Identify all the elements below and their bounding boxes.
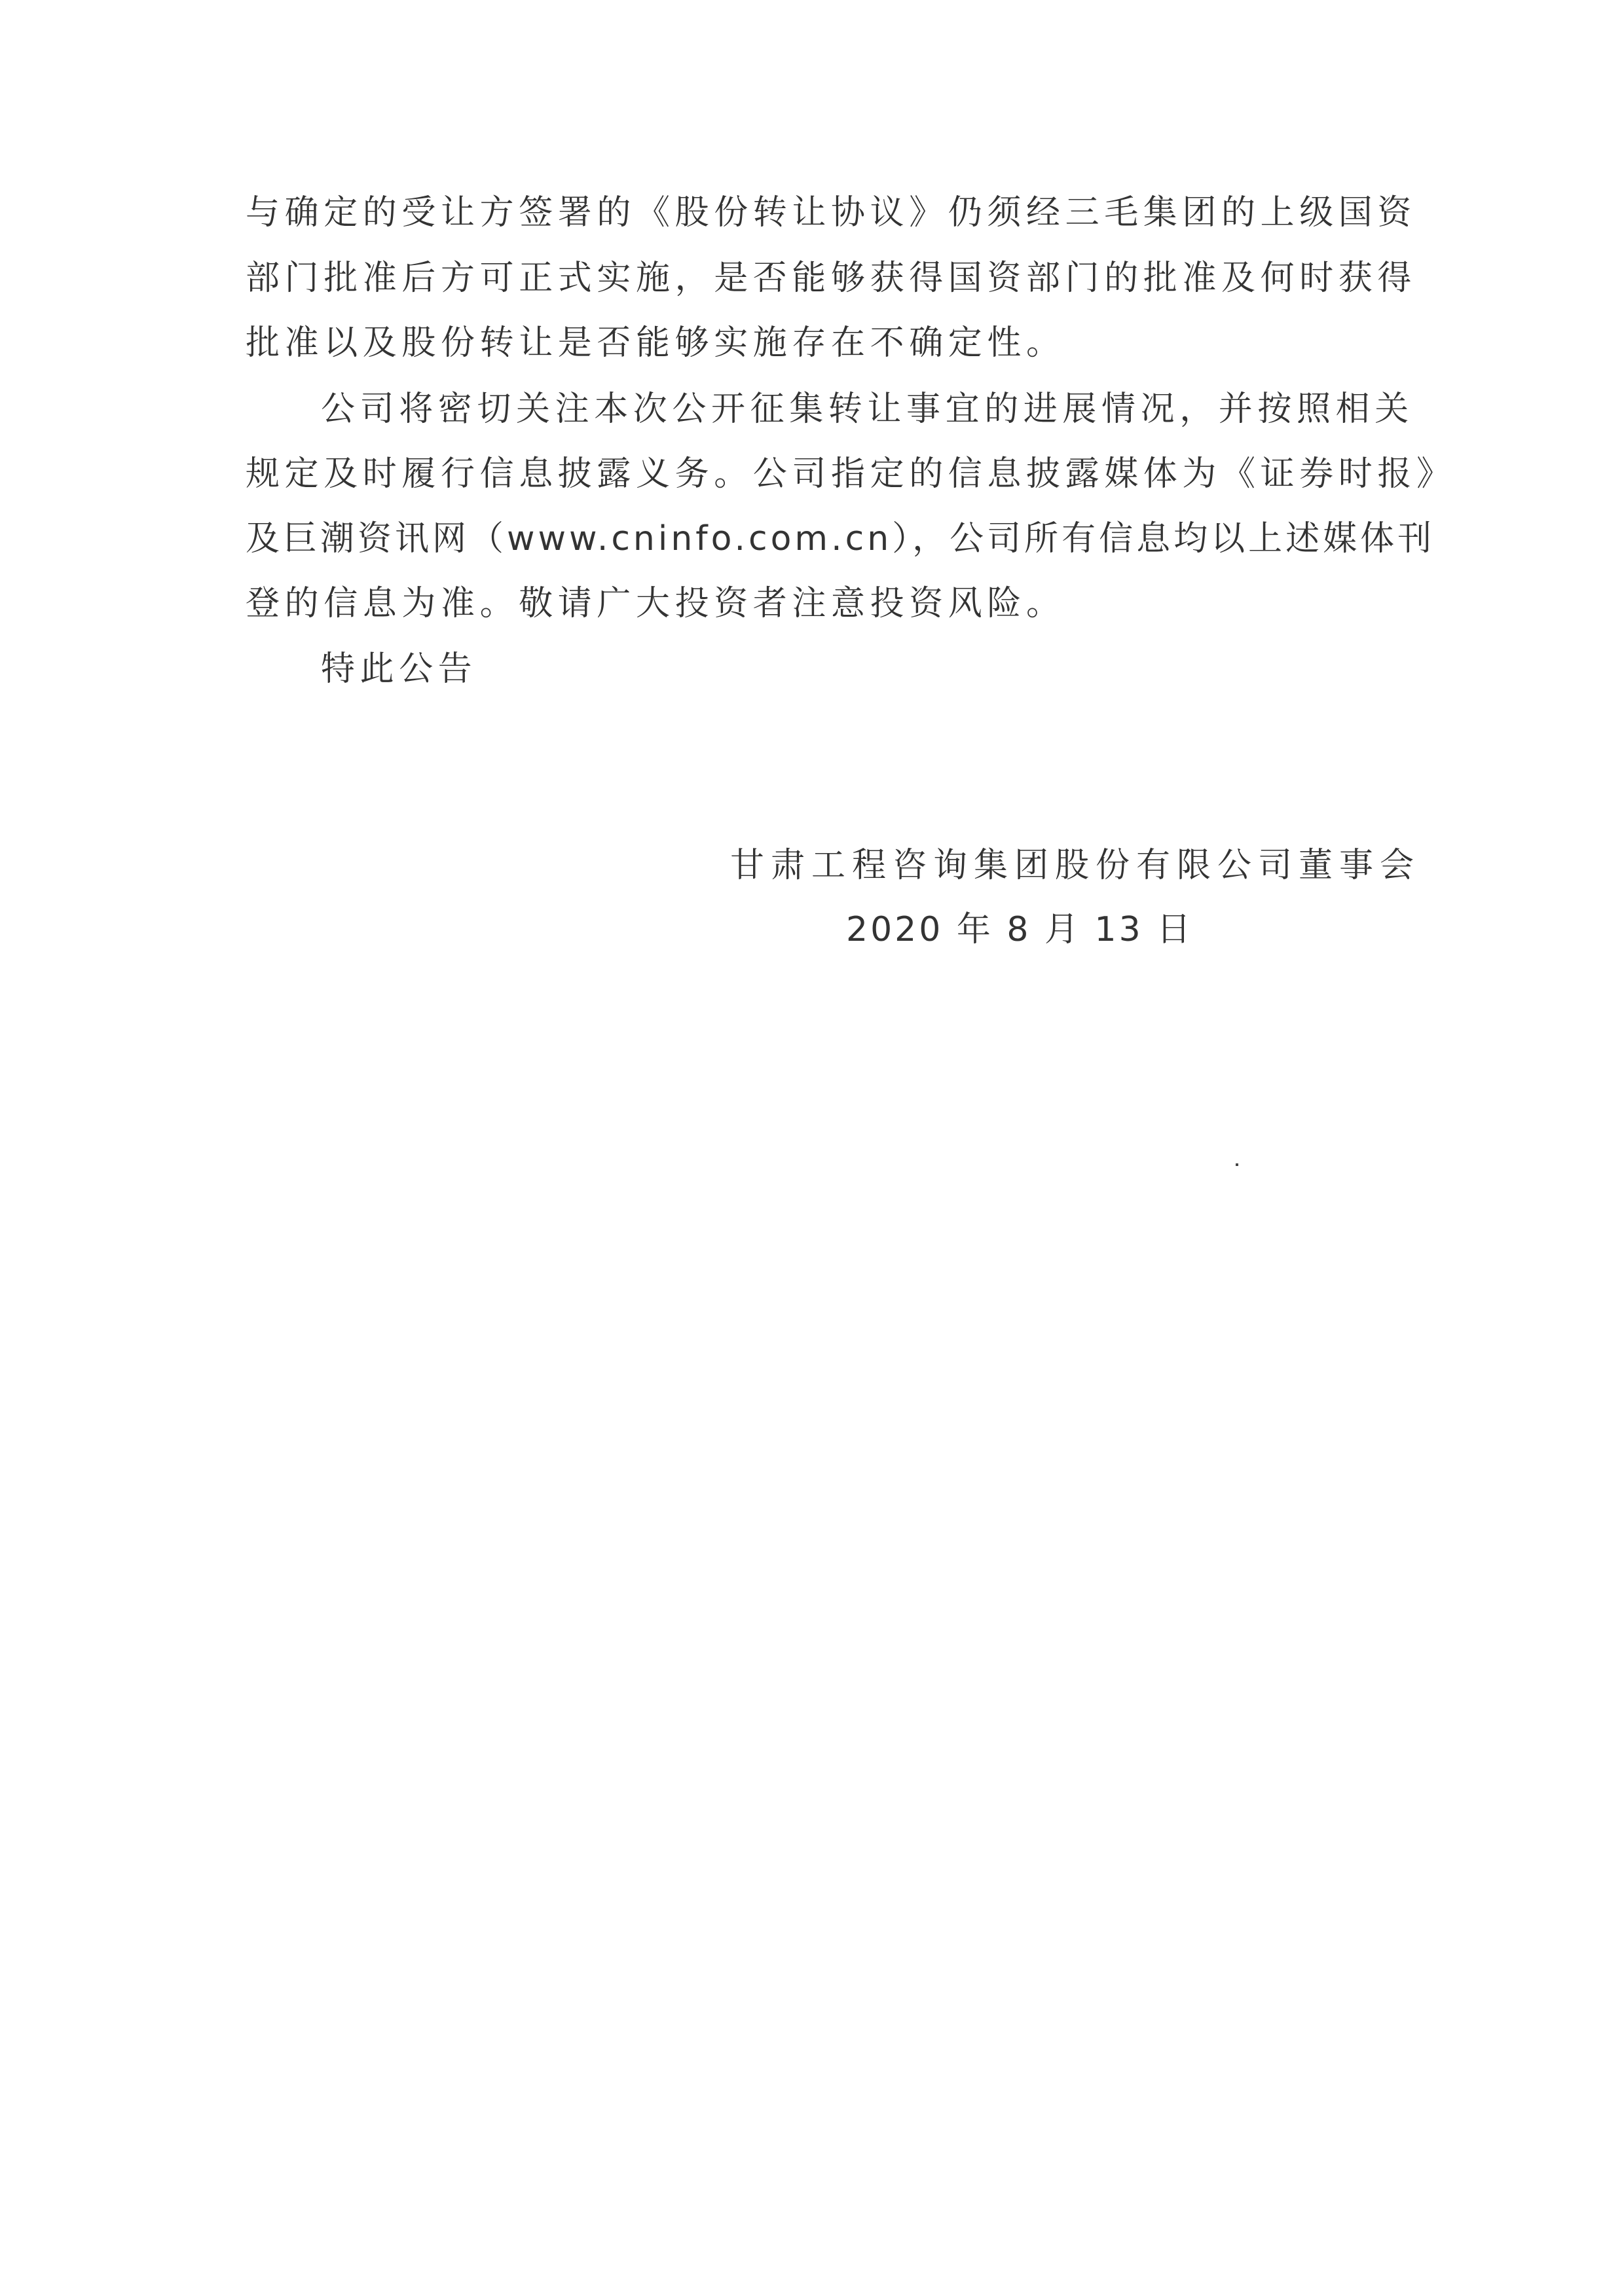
signature-date: 2020 年 8 月 13 日	[846, 910, 1193, 949]
closing-text: 特此公告	[321, 649, 477, 689]
paragraph-2-line-3: 及巨潮资讯网（www.cninfo.com.cn），公司所有信息均以上述媒体刊	[246, 519, 1435, 558]
document-page: 与确定的受让方签署的《股份转让协议》仍须经三毛集团的上级国资 部门批准后方可正式…	[0, 0, 1624, 2296]
paragraph-2-line-1: 公司将密切关注本次公开征集转让事宜的进展情况，并按照相关	[321, 390, 1414, 429]
paragraph-2-line-4: 登的信息为准。敬请广大投资者注意投资风险。	[246, 584, 1065, 623]
signature-company: 甘肃工程咨询集团股份有限公司董事会	[730, 846, 1420, 885]
scan-speck	[1236, 1163, 1238, 1166]
paragraph-1-line-3: 批准以及股份转让是否能够实施存在不确定性。	[246, 323, 1065, 363]
paragraph-2-line-2: 规定及时履行信息披露义务。公司指定的信息披露媒体为《证券时报》	[246, 454, 1456, 494]
paragraph-1-line-1: 与确定的受让方签署的《股份转让协议》仍须经三毛集团的上级国资	[246, 193, 1416, 232]
paragraph-1-line-2: 部门批准后方可正式实施，是否能够获得国资部门的批准及何时获得	[246, 259, 1416, 298]
